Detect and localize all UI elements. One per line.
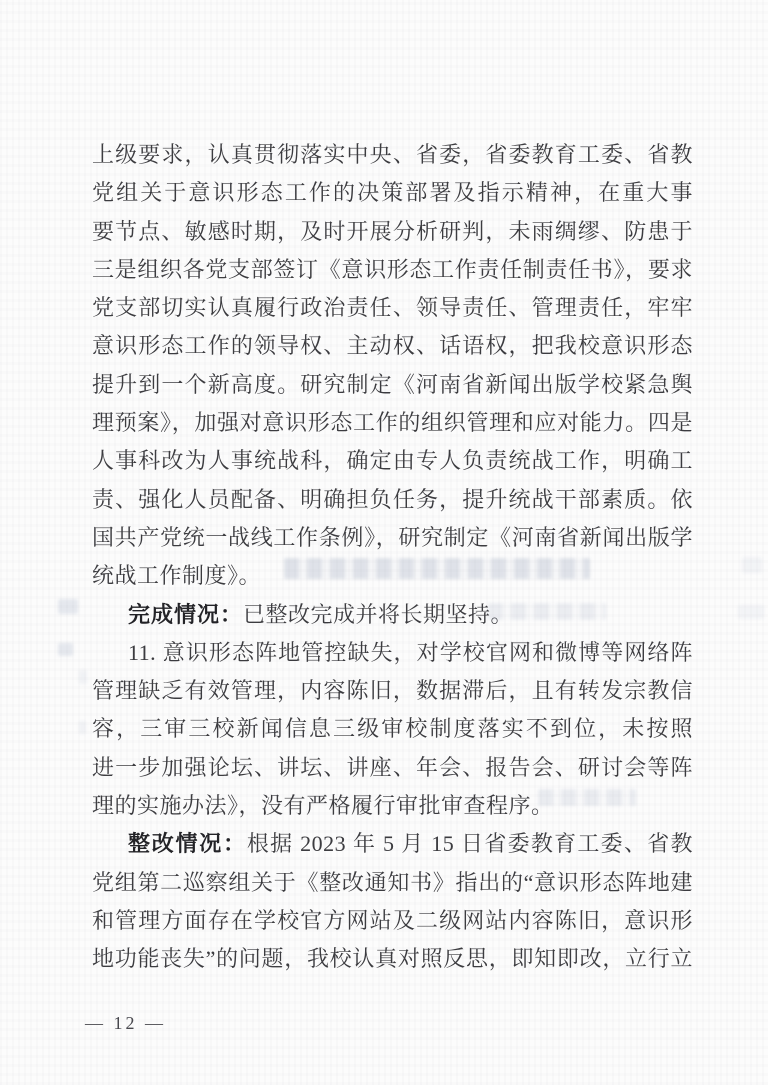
text-line: 三是组织各党支部签订《意识形态工作责任制责任书》，要求各 — [92, 251, 693, 289]
line-text: 党组第二巡察组关于《整改通知书》指出的“意识形态阵地建设 — [92, 870, 693, 902]
text-line: 整改情况：根据 2023 年 5 月 15 日省委教育工委、省教育厅 — [92, 825, 693, 863]
text-line: 和管理方面存在学校官方网站及二级网站内容陈旧，意识形态阵 — [92, 902, 693, 940]
line-text: 和管理方面存在学校官方网站及二级网站内容陈旧，意识形态阵 — [92, 908, 693, 940]
text-line: 人事科改为人事统战科，确定由专人负责统战工作，明确工作职 — [92, 442, 693, 480]
line-text: 管理缺乏有效管理，内容陈旧，数据滞后，且有转发宗教信仰内 — [92, 678, 693, 710]
line-text: 容，三审三校新闻信息三级审校制度落实不到位，未按照《关于 — [92, 716, 693, 748]
text-line: 要节点、敏感时期，及时开展分析研判，未雨绸缪、防患于未然。 — [92, 213, 693, 251]
text-line: 容，三审三校新闻信息三级审校制度落实不到位，未按照《关于 — [92, 710, 693, 748]
line-text: 人事科改为人事统战科，确定由专人负责统战工作，明确工作职 — [92, 448, 693, 480]
line-text: 要节点、敏感时期，及时开展分析研判，未雨绸缪、防患于未然。 — [92, 219, 693, 251]
bleed-through-mark — [58, 599, 78, 614]
text-line: 国共产党统一战线工作条例》，研究制定《河南省新闻出版学校 — [92, 519, 693, 557]
text-line: 进一步加强论坛、讲坛、讲座、年会、报告会、研讨会等阵地管 — [92, 749, 693, 787]
document-body: 上级要求，认真贯彻落实中央、省委，省委教育工委、省教育厅党组关于意识形态工作的决… — [92, 136, 693, 979]
line-text: 理的实施办法》，没有严格履行审批审查程序。 — [92, 793, 554, 818]
line-text: 三是组织各党支部签订《意识形态工作责任制责任书》，要求各 — [92, 257, 693, 289]
line-text: 党支部切实认真履行政治责任、领导责任、管理责任，牢牢掌握 — [92, 295, 693, 327]
text-line: 地功能丧失”的问题，我校认真对照反思，即知即改，立行立改， — [92, 940, 693, 978]
text-line: 管理缺乏有效管理，内容陈旧，数据滞后，且有转发宗教信仰内 — [92, 672, 693, 710]
paragraph-label: 整改情况： — [128, 831, 247, 856]
text-line: 党组关于意识形态工作的决策部署及指示精神，在重大事件、重 — [92, 174, 693, 212]
bleed-through-mark — [79, 721, 86, 734]
text-line: 统战工作制度》。 — [92, 557, 693, 595]
line-text: 责、强化人员配备、明确担负任务，提升统战干部素质。依据《中 — [92, 487, 693, 519]
text-line: 完成情况：已整改完成并将长期坚持。 — [92, 596, 693, 634]
bleed-through-mark — [58, 643, 73, 656]
text-line: 责、强化人员配备、明确担负任务，提升统战干部素质。依据《中 — [92, 481, 693, 519]
text-line: 理的实施办法》，没有严格履行审批审查程序。 — [92, 787, 693, 825]
text-line: 11. 意识形态阵地管控缺失，对学校官网和微博等网络阵地 — [92, 634, 693, 672]
line-text: 理预案》，加强对意识形态工作的组织管理和应对能力。四是将 — [92, 410, 693, 442]
text-line: 理预案》，加强对意识形态工作的组织管理和应对能力。四是将 — [92, 404, 693, 442]
line-text: 统战工作制度》。 — [92, 563, 261, 588]
page-number: — 12 — — [85, 1013, 166, 1034]
line-text: 意识形态工作的领导权、主动权、话语权，把我校意识形态工作 — [92, 333, 693, 365]
line-text: 党组关于意识形态工作的决策部署及指示精神，在重大事件、重 — [92, 180, 693, 212]
paragraph-label: 完成情况： — [128, 602, 243, 627]
document-page: 上级要求，认真贯彻落实中央、省委，省委教育工委、省教育厅党组关于意识形态工作的决… — [0, 0, 768, 1085]
line-text: 国共产党统一战线工作条例》，研究制定《河南省新闻出版学校 — [92, 525, 693, 557]
line-text: 地功能丧失”的问题，我校认真对照反思，即知即改，立行立改， — [92, 946, 693, 978]
text-line: 意识形态工作的领导权、主动权、话语权，把我校意识形态工作 — [92, 327, 693, 365]
bleed-through-mark — [79, 670, 87, 684]
line-text: 上级要求，认真贯彻落实中央、省委，省委教育工委、省教育厅 — [92, 142, 693, 174]
text-line: 党组第二巡察组关于《整改通知书》指出的“意识形态阵地建设 — [92, 864, 693, 902]
bleed-through-mark — [738, 605, 764, 619]
line-text: 提升到一个新高度。研究制定《河南省新闻出版学校紧急舆情处 — [92, 372, 693, 404]
line-text: 进一步加强论坛、讲坛、讲座、年会、报告会、研讨会等阵地管 — [92, 755, 693, 787]
text-line: 党支部切实认真履行政治责任、领导责任、管理责任，牢牢掌握 — [92, 289, 693, 327]
text-line: 上级要求，认真贯彻落实中央、省委，省委教育工委、省教育厅 — [92, 136, 693, 174]
text-line: 提升到一个新高度。研究制定《河南省新闻出版学校紧急舆情处 — [92, 366, 693, 404]
bleed-through-mark — [742, 557, 762, 573]
line-text: 已整改完成并将长期坚持。 — [243, 602, 513, 627]
line-text: 11. 意识形态阵地管控缺失，对学校官网和微博等网络阵地 — [92, 640, 693, 672]
